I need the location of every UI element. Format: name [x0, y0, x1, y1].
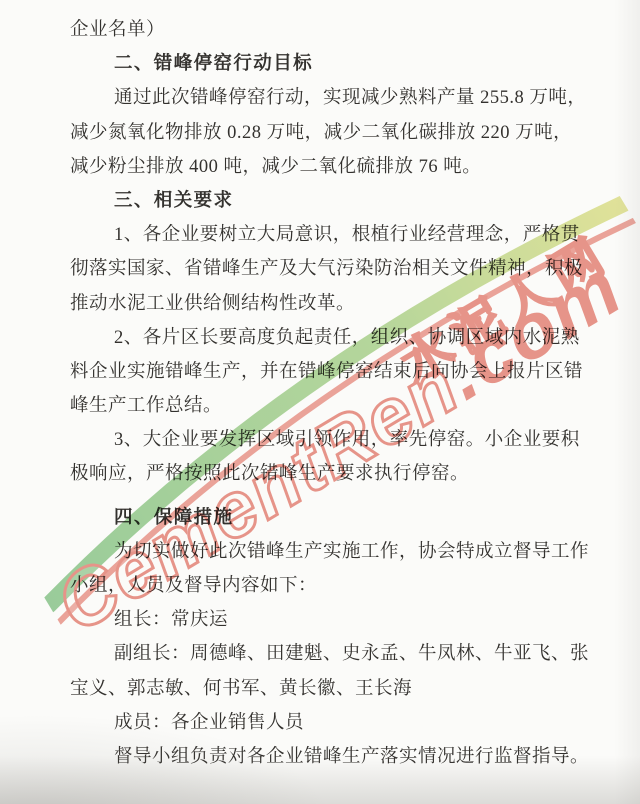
- doc-text-line: 副组长：周德峰、田建魁、史永孟、牛凤林、牛亚飞、张: [70, 637, 589, 671]
- doc-text-line: 峰生产工作总结。: [70, 389, 589, 423]
- doc-text-line: 减少氮氧化物排放 0.28 万吨，减少二氧化碳排放 220 万吨，: [70, 116, 589, 150]
- doc-text-line: 通过此次错峰停窑行动，实现减少熟料产量 255.8 万吨，: [70, 81, 589, 115]
- doc-text-line: 1、各企业要树立大局意识，根植行业经营理念，严格贯: [70, 218, 589, 252]
- doc-text-line: 2、各片区长要高度负起责任，组织、协调区域内水泥熟: [70, 321, 589, 355]
- doc-text-line: 极响应，严格按照此次错峰生产要求执行停窑。: [70, 457, 589, 491]
- doc-text-line: 为切实做好此次错峰生产实施工作，协会特成立督导工作: [70, 535, 589, 569]
- doc-text-line: 企业名单）: [70, 13, 589, 47]
- doc-text-line: 小组，人员及督导内容如下：: [70, 569, 589, 603]
- section-heading: 三、相关要求: [70, 184, 589, 218]
- doc-text-line: 3、大企业要发挥区域引领作用，率先停窑。小企业要积: [70, 423, 589, 457]
- doc-text-line: 彻落实国家、省错峰生产及大气污染防治相关文件精神，积极: [70, 252, 589, 286]
- scanned-document-page: 企业名单） 二、错峰停窑行动目标 通过此次错峰停窑行动，实现减少熟料产量 255…: [0, 0, 640, 804]
- doc-text-line: 成员：各企业销售人员: [70, 706, 589, 740]
- section-heading: 二、错峰停窑行动目标: [70, 47, 589, 81]
- section-heading: 四、保障措施: [70, 501, 589, 535]
- doc-text-line: 组长：常庆运: [70, 603, 589, 637]
- document-body: 企业名单） 二、错峰停窑行动目标 通过此次错峰停窑行动，实现减少熟料产量 255…: [70, 13, 589, 774]
- doc-text-line: 宝义、郭志敏、何书军、黄长徽、王长海: [70, 672, 589, 706]
- doc-text-line: 料企业实施错峰生产，并在错峰停窑结束后向协会上报片区错: [70, 355, 589, 389]
- doc-text-line: 督导小组负责对各企业错峰生产落实情况进行监督指导。: [70, 740, 589, 774]
- doc-text-line: 减少粉尘排放 400 吨，减少二氧化硫排放 76 吨。: [70, 150, 589, 184]
- doc-text-line: 推动水泥工业供给侧结构性改革。: [70, 287, 589, 321]
